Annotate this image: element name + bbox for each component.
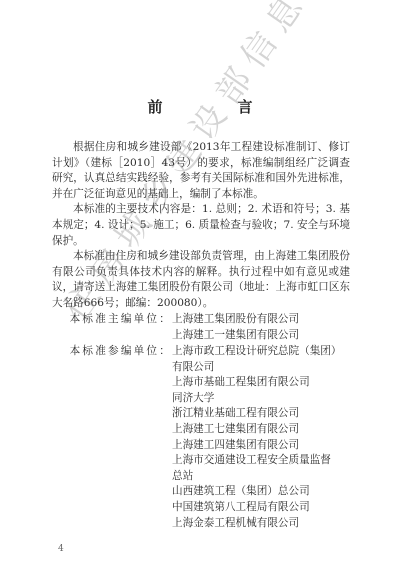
- paragraph-contents: 本标准的主要技术内容是：1. 总则；2. 术语和符号；3. 基本规定；4. 设计…: [52, 202, 350, 249]
- participating-unit-item: 有限公司: [172, 360, 362, 376]
- participating-unit-item: 上海建工七建集团有限公司: [172, 422, 362, 438]
- participating-unit-item: 上海市基础工程集团有限公司: [172, 375, 362, 391]
- page-number: 4: [58, 544, 64, 554]
- participating-unit-item: 总站: [172, 469, 362, 485]
- chief-unit-item: 上海建工集团股份有限公司: [172, 312, 362, 328]
- preface-body: 根据住房和城乡建设部《2013年工程建设标准制订、修订计划》（建标［2010］4…: [52, 140, 350, 312]
- paragraph-basis: 根据住房和城乡建设部《2013年工程建设标准制订、修订计划》（建标［2010］4…: [52, 140, 350, 202]
- chief-units-list: 上海建工集团股份有限公司 上海建工一建集团有限公司: [172, 312, 362, 343]
- document-page: 前 言 根据住房和城乡建设部《2013年工程建设标准制订、修订计划》（建标［20…: [0, 0, 400, 579]
- participating-unit-item: 上海市交通建设工程安全质量监督: [172, 453, 362, 469]
- chief-units-label: 本标准主编单位：: [52, 312, 172, 343]
- page-title: 前 言: [0, 96, 400, 117]
- participating-unit-item: 中国建筑第八工程局有限公司: [172, 500, 362, 516]
- participating-unit-item: 上海市政工程设计研究总院（集团）: [172, 344, 362, 360]
- participating-unit-item: 同济大学: [172, 391, 362, 407]
- participating-units-list: 上海市政工程设计研究总院（集团） 有限公司 上海市基础工程集团有限公司 同济大学…: [172, 344, 362, 531]
- participating-unit-item: 山西建筑工程（集团）总公司: [172, 484, 362, 500]
- participating-units-label: 本标准参编单位：: [52, 344, 172, 531]
- paragraph-management: 本标准由住房和城乡建设部负责管理，由上海建工集团股份有限公司负责具体技术内容的解…: [52, 249, 350, 311]
- participating-unit-item: 浙江精业基础工程有限公司: [172, 406, 362, 422]
- chief-units-section: 本标准主编单位： 上海建工集团股份有限公司 上海建工一建集团有限公司: [52, 312, 362, 343]
- participating-unit-item: 上海金泰工程机械有限公司: [172, 516, 362, 532]
- chief-unit-item: 上海建工一建集团有限公司: [172, 328, 362, 344]
- participating-unit-item: 上海建工四建集团有限公司: [172, 438, 362, 454]
- participating-units-section: 本标准参编单位： 上海市政工程设计研究总院（集团） 有限公司 上海市基础工程集团…: [52, 344, 362, 531]
